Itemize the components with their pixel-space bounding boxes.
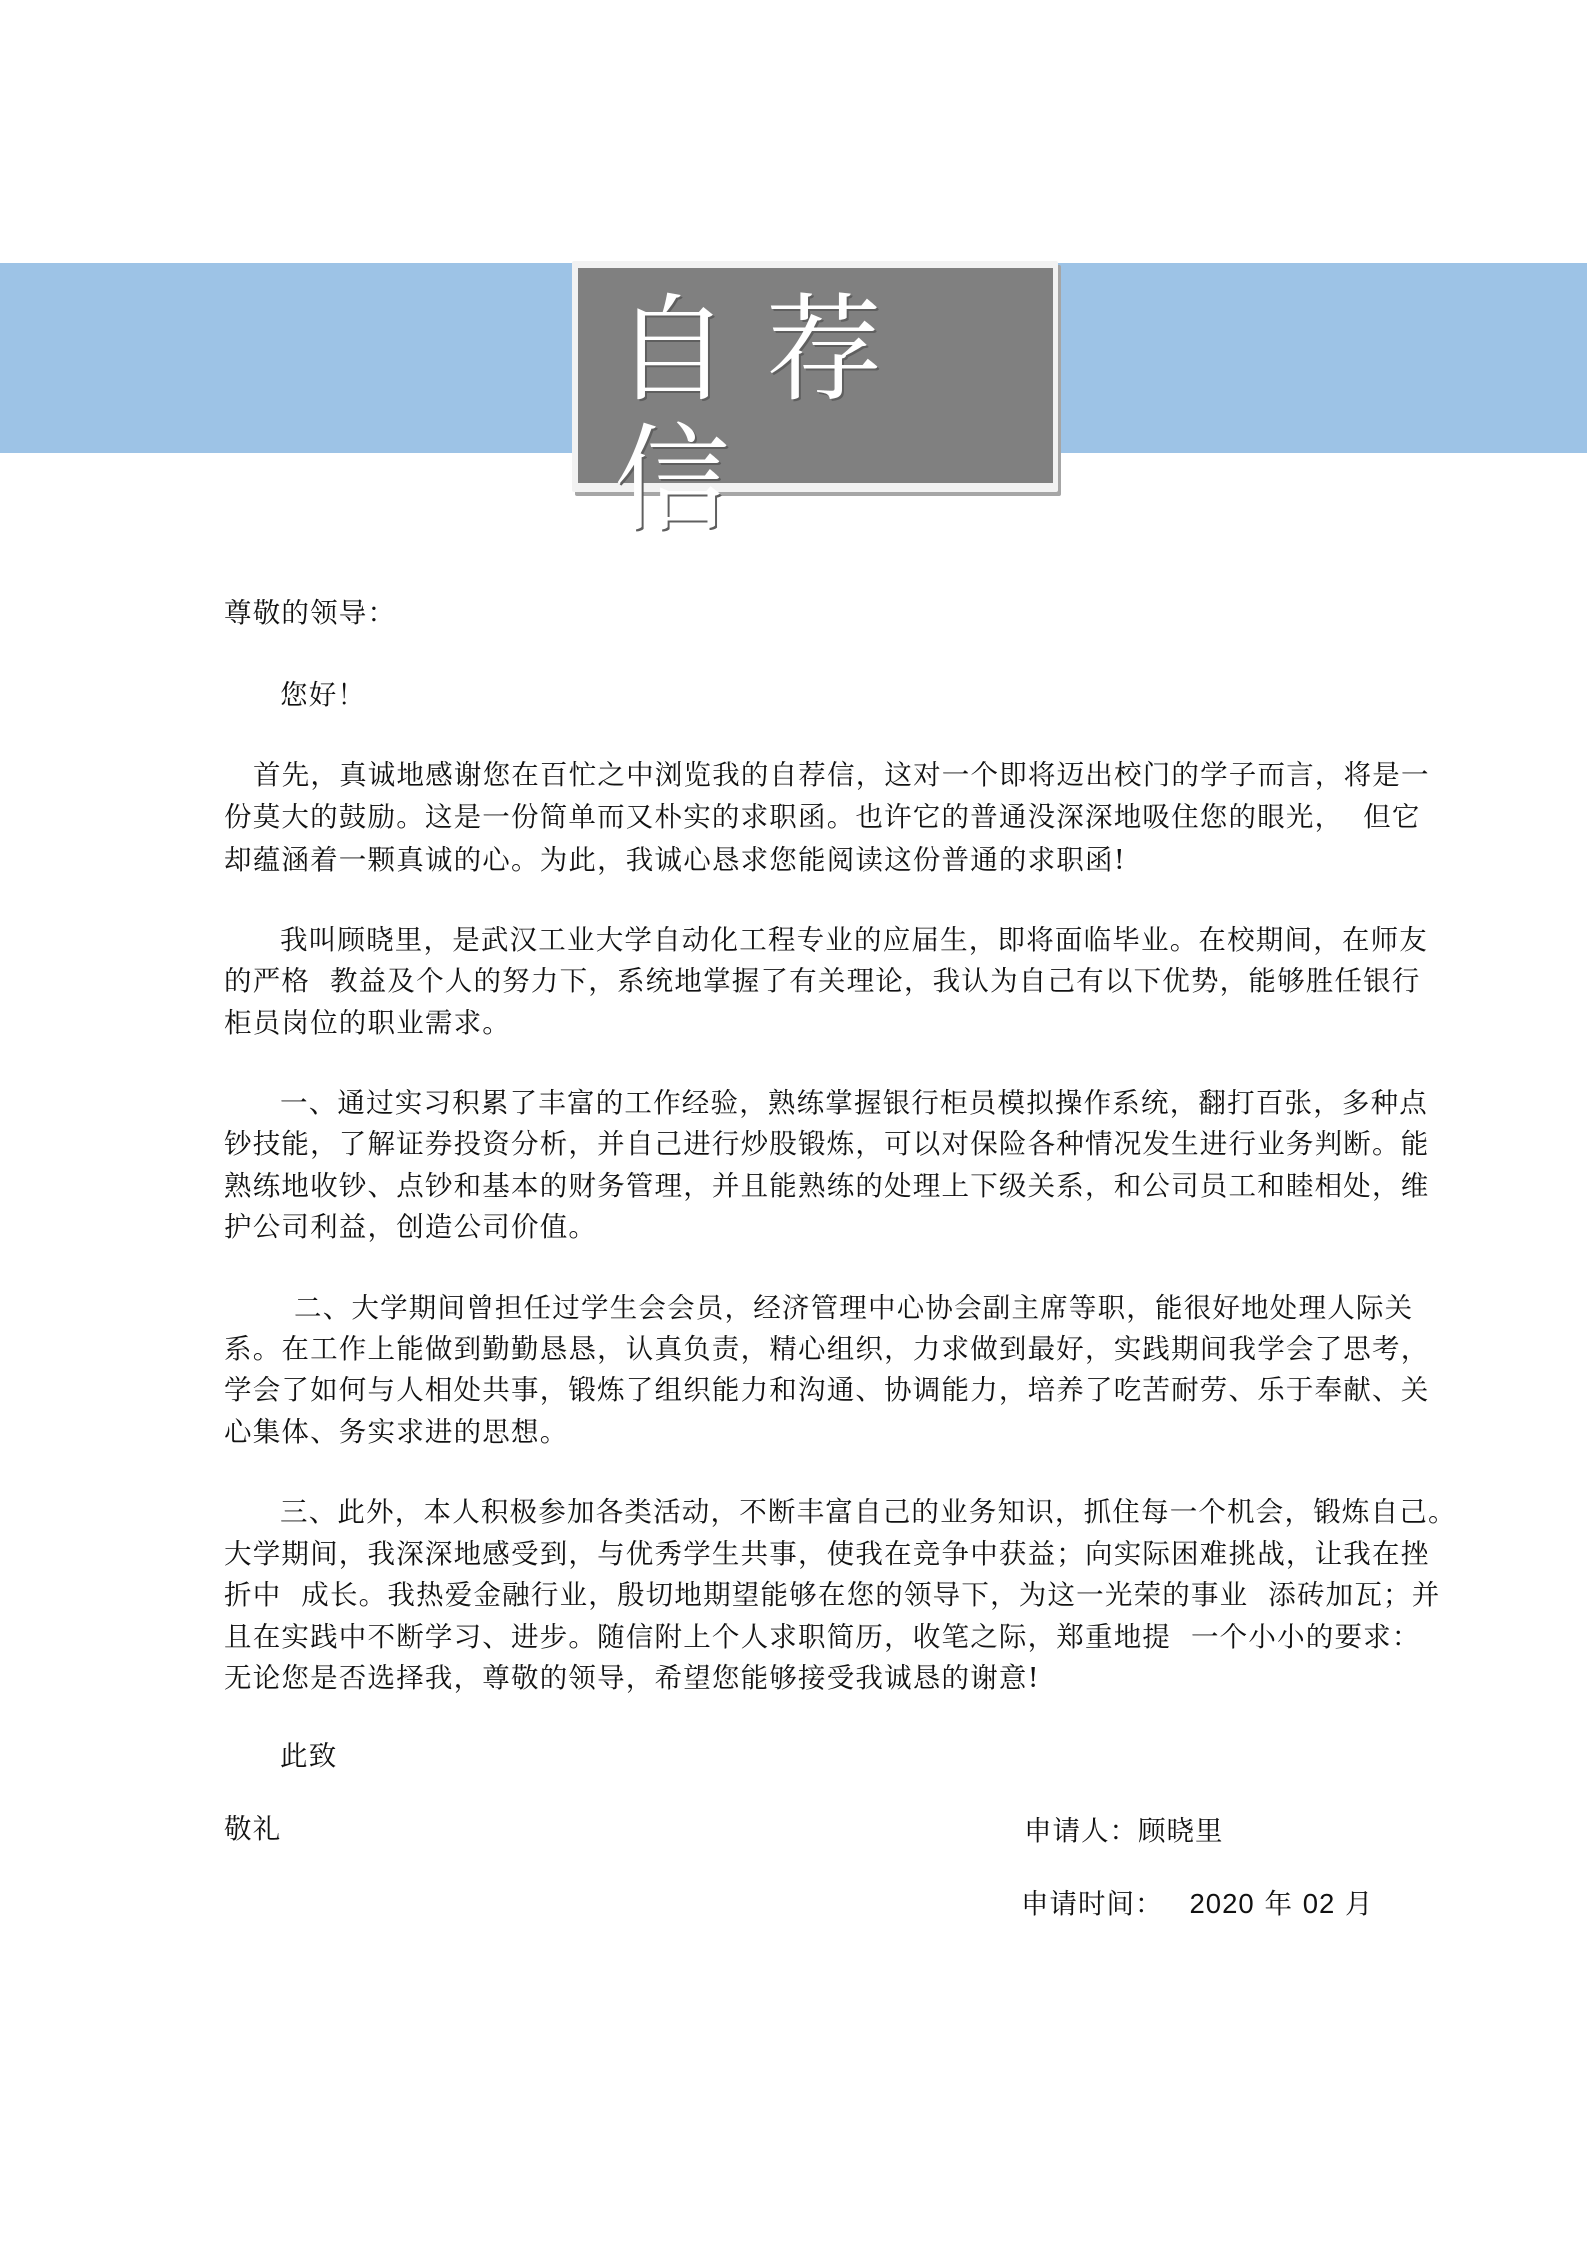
paragraph-1-line-2: 份莫大的鼓励。这是一份简单而又朴实的求职函。也许它的普通没深深地吸住您的眼光， …	[224, 802, 1421, 832]
paragraph-5-line-1: 三、此外，本人积极参加各类活动，不断丰富自己的业务知识，抓住每一个机会，锻炼自己…	[280, 1497, 1457, 1527]
paragraph-1-line-3: 却蕴涵着一颗真诚的心。为此，我诚心恳求您能阅读这份普通的求职函!	[224, 845, 1126, 875]
closing-jingli: 敬礼	[224, 1814, 281, 1844]
paragraph-3-line-3: 熟练地收钞、点钞和基本的财务管理，并且能熟练的处理上下级关系，和公司员工和睦相处…	[224, 1171, 1429, 1201]
closing-cizhi: 此致	[280, 1741, 337, 1771]
applicant-line: 申请人：顾晓里	[1024, 1816, 1224, 1846]
paragraph-2-line-3: 柜员岗位的职业需求。	[224, 1008, 511, 1038]
paragraph-4-line-4: 心集体、务实求进的思想。	[224, 1417, 568, 1447]
paragraph-4-line-2: 系。在工作上能做到勤勤恳恳，认真负责，精心组织，力求做到最好，实践期间我学会了思…	[224, 1334, 1429, 1364]
paragraph-1-line-1: 首先，真诚地感谢您在百忙之中浏览我的自荐信，这对一个即将迈出校门的学子而言，将是…	[253, 760, 1430, 790]
document-title: 自荐信	[578, 286, 1053, 546]
date-month-unit: 月	[1345, 1888, 1374, 1920]
paragraph-5-line-5: 无论您是否选择我，尊敬的领导，希望您能够接受我诚恳的谢意!	[224, 1663, 1040, 1693]
date-label: 申请时间：	[1021, 1888, 1164, 1920]
applicant-name: 顾晓里	[1138, 1815, 1224, 1847]
paragraph-3-line-1: 一、通过实习积累了丰富的工作经验，熟练掌握银行柜员模拟操作系统，翻打百张，多种点	[280, 1088, 1428, 1118]
date-month: 02	[1303, 1888, 1336, 1919]
paragraph-5-line-4: 且在实践中不断学习、进步。随信附上个人求职简历，收笔之际，郑重地提 一个小小的要…	[224, 1622, 1421, 1652]
date-year: 2020	[1190, 1888, 1255, 1919]
date-year-unit: 年	[1264, 1888, 1293, 1920]
title-frame: 自荐信	[572, 261, 1058, 492]
paragraph-2-line-2: 的严格 教益及个人的努力下，系统地掌握了有关理论，我认为自己有以下优势，能够胜任…	[224, 966, 1421, 996]
salutation: 尊敬的领导：	[224, 598, 396, 628]
date-line: 申请时间：2020 年 02 月	[1021, 1889, 1374, 1919]
paragraph-3-line-4: 护公司利益，创造公司价值。	[224, 1212, 597, 1242]
greeting: 您好！	[280, 680, 366, 710]
paragraph-4-line-3: 学会了如何与人相处共事，锻炼了组织能力和沟通、协调能力，培养了吃苦耐劳、乐于奉献…	[224, 1375, 1429, 1405]
paragraph-5-line-3: 折中 成长。我热爱金融行业，殷切地期望能够在您的领导下，为这一光荣的事业 添砖加…	[224, 1580, 1440, 1610]
paragraph-3-line-2: 钞技能，了解证券投资分析，并自己进行炒股锻炼，可以对保险各种情况发生进行业务判断…	[224, 1129, 1429, 1159]
applicant-label: 申请人：	[1024, 1815, 1138, 1847]
paragraph-5-line-2: 大学期间，我深深地感受到，与优秀学生共事，使我在竞争中获益；向实际困难挑战，让我…	[224, 1539, 1429, 1569]
paragraph-4-line-1: 二、大学期间曾担任过学生会会员，经济管理中心协会副主席等职，能很好地处理人际关	[294, 1293, 1413, 1323]
paragraph-2-line-1: 我叫顾晓里，是武汉工业大学自动化工程专业的应届生，即将面临毕业。在校期间，在师友	[280, 925, 1428, 955]
title-box: 自荐信	[578, 268, 1053, 483]
